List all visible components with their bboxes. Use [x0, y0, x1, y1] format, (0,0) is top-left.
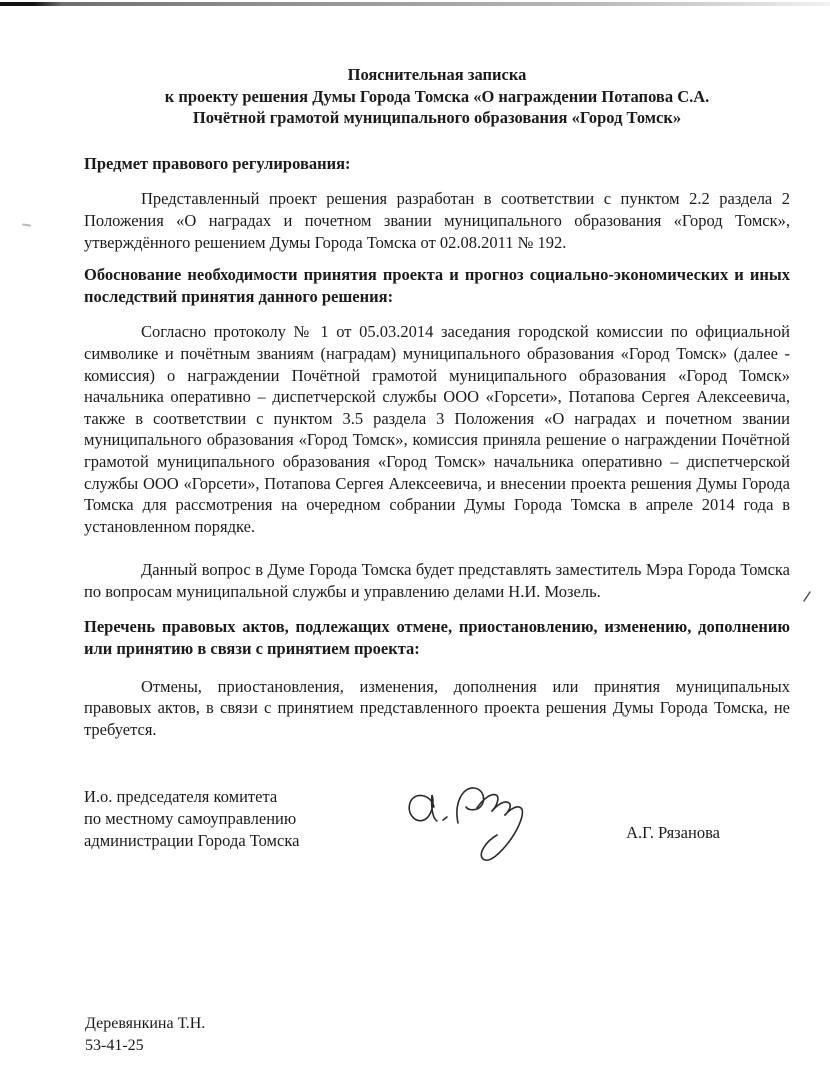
- section-heading-subject: Предмет правового регулирования:: [84, 153, 790, 175]
- executor-phone: 53-41-25: [85, 1035, 205, 1057]
- scan-artifact-top-edge: [0, 2, 830, 6]
- paragraph-acts-not-required: Отмены, приостановления, изменения, допо…: [84, 676, 790, 741]
- scan-artifact-right-tick: [803, 591, 813, 603]
- section-heading-acts-list: Перечень правовых актов, подлежащих отме…: [84, 616, 790, 659]
- title-line-1: Пояснительная записка: [84, 64, 790, 86]
- signatory-position: И.о. председателя комитета по местному с…: [84, 786, 364, 851]
- signatory-name: А.Г. Рязанова: [626, 822, 720, 844]
- executor-footer: Деревянкина Т.Н. 53-41-25: [85, 1013, 205, 1056]
- handwritten-signature: [400, 780, 542, 876]
- document-title: Пояснительная записка к проекту решения …: [84, 64, 790, 129]
- paragraph-commission-decision: Согласно протоколу № 1 от 05.03.2014 зас…: [84, 321, 790, 537]
- document-content: Пояснительная записка к проекту решения …: [84, 64, 790, 896]
- title-line-2: к проекту решения Думы Города Томска «О …: [84, 86, 790, 108]
- scan-artifact-left-speck: [22, 223, 31, 226]
- executor-name: Деревянкина Т.Н.: [85, 1013, 205, 1035]
- section-heading-justification: Обоснование необходимости принятия проек…: [84, 264, 790, 307]
- paragraph-representative: Данный вопрос в Думе Города Томска будет…: [84, 559, 790, 602]
- signatory-position-line-2: по местному самоуправлению: [84, 808, 364, 830]
- signatory-position-line-1: И.о. председателя комитета: [84, 786, 364, 808]
- scanned-document-page: Пояснительная записка к проекту решения …: [0, 0, 830, 1074]
- title-line-3: Почётной грамотой муниципального образов…: [84, 107, 790, 129]
- paragraph-subject: Представленный проект решения разработан…: [84, 188, 790, 253]
- signature-block: И.о. председателя комитета по местному с…: [84, 786, 790, 896]
- signatory-position-line-3: администрации Города Томска: [84, 830, 364, 852]
